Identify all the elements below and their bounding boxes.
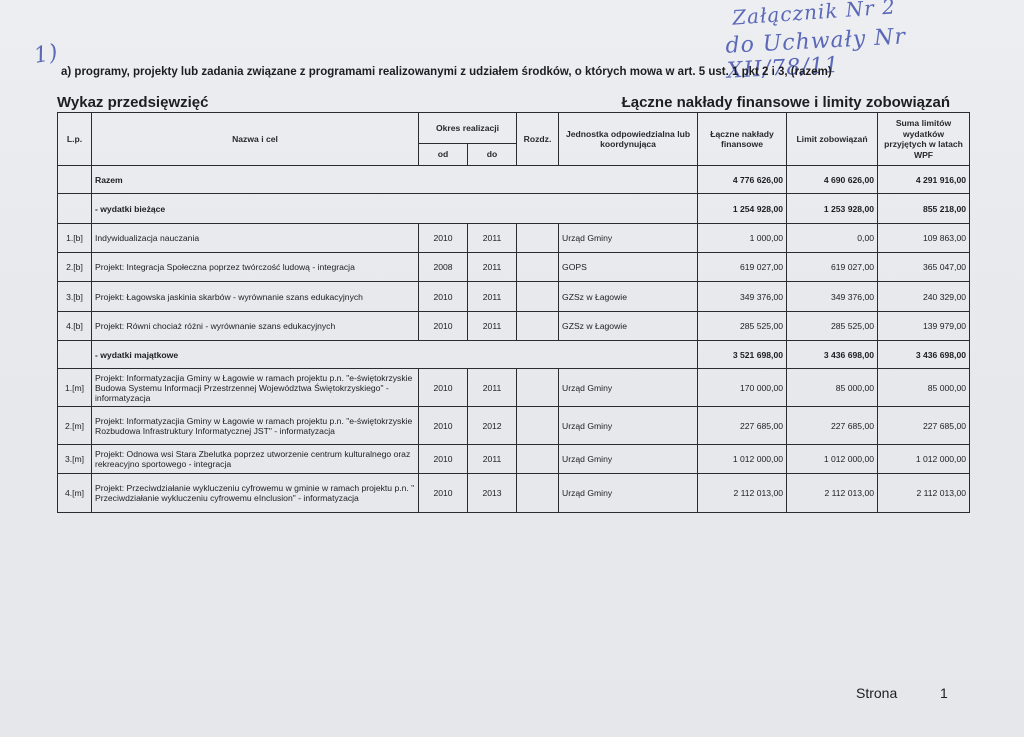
cell-lp: 3.[m] <box>58 445 92 474</box>
cell-unit: Urząd Gminy <box>559 445 698 474</box>
cell-limit: 227 685,00 <box>787 407 878 445</box>
cell-sum: 240 329,00 <box>878 282 970 312</box>
current-label: - wydatki bieżące <box>92 194 698 224</box>
cell-from: 2010 <box>419 407 468 445</box>
cell-lp: 4.[m] <box>58 474 92 513</box>
header-lp: L.p. <box>58 113 92 166</box>
cell-from: 2010 <box>419 312 468 341</box>
summary-lp <box>58 166 92 194</box>
cell-name: Projekt: Integracja Społeczna poprzez tw… <box>92 253 419 282</box>
table-row: 3.[m]Projekt: Odnowa wsi Stara Zbelutka … <box>58 445 970 474</box>
cell-total: 349 376,00 <box>698 282 787 312</box>
cell-section <box>517 224 559 253</box>
cell-to: 2011 <box>468 253 517 282</box>
cell-from: 2010 <box>419 445 468 474</box>
cell-from: 2010 <box>419 224 468 253</box>
header-to: do <box>468 144 517 166</box>
current-expenses-row: - wydatki bieżące 1 254 928,00 1 253 928… <box>58 194 970 224</box>
cell-total: 619 027,00 <box>698 253 787 282</box>
cell-unit: Urząd Gminy <box>559 369 698 407</box>
cell-from: 2010 <box>419 282 468 312</box>
cell-sum: 227 685,00 <box>878 407 970 445</box>
table-row: 3.[b]Projekt: Łagowska jaskinia skarbów … <box>58 282 970 312</box>
page-title-right: Łączne nakłady finansowe i limity zobowi… <box>622 94 950 111</box>
header-from: od <box>419 144 468 166</box>
cell-name: Projekt: Przeciwdziałanie wykluczeniu cy… <box>92 474 419 513</box>
cell-lp: 1.[b] <box>58 224 92 253</box>
header-period: Okres realizacji <box>419 113 517 144</box>
cell-limit: 0,00 <box>787 224 878 253</box>
capital-sum: 3 436 698,00 <box>878 341 970 369</box>
cell-to: 2011 <box>468 369 517 407</box>
header-total: Łączne nakłady finansowe <box>698 113 787 166</box>
cell-limit: 619 027,00 <box>787 253 878 282</box>
table-row: 4.[b]Projekt: Równi chociaż różni - wyró… <box>58 312 970 341</box>
cell-sum: 139 979,00 <box>878 312 970 341</box>
page-label: Strona <box>856 685 897 701</box>
cell-to: 2013 <box>468 474 517 513</box>
cell-section <box>517 445 559 474</box>
cell-lp: 4.[b] <box>58 312 92 341</box>
cell-lp: 1.[m] <box>58 369 92 407</box>
cell-lp: 2.[m] <box>58 407 92 445</box>
cell-name: Projekt: Informatyzacjia Gminy w Łagowie… <box>92 407 419 445</box>
cell-name: Projekt: Informatyzacjia Gminy w Łagowie… <box>92 369 419 407</box>
capital-label: - wydatki majątkowe <box>92 341 698 369</box>
cell-section <box>517 282 559 312</box>
cell-total: 1 000,00 <box>698 224 787 253</box>
header-unit: Jednostka odpowiedzialna lub koordynując… <box>559 113 698 166</box>
page-number: 1 <box>940 685 948 701</box>
cell-sum: 2 112 013,00 <box>878 474 970 513</box>
cell-total: 170 000,00 <box>698 369 787 407</box>
cell-sum: 1 012 000,00 <box>878 445 970 474</box>
header-limit: Limit zobowiązań <box>787 113 878 166</box>
cell-name: Projekt: Łagowska jaskinia skarbów - wyr… <box>92 282 419 312</box>
cell-unit: GOPS <box>559 253 698 282</box>
cell-to: 2011 <box>468 312 517 341</box>
table-row: 1.[m]Projekt: Informatyzacjia Gminy w Ła… <box>58 369 970 407</box>
header-section: Rozdz. <box>517 113 559 166</box>
summary-row: Razem 4 776 626,00 4 690 626,00 4 291 91… <box>58 166 970 194</box>
cell-total: 2 112 013,00 <box>698 474 787 513</box>
capital-lp <box>58 341 92 369</box>
header-sum: Suma limitów wydatków przyjętych w latac… <box>878 113 970 166</box>
cell-unit: Urząd Gminy <box>559 224 698 253</box>
cell-to: 2012 <box>468 407 517 445</box>
table-row: 2.[m]Projekt: Informatyzacjia Gminy w Ła… <box>58 407 970 445</box>
cell-to: 2011 <box>468 445 517 474</box>
cell-section <box>517 312 559 341</box>
table-row: 2.[b]Projekt: Integracja Społeczna poprz… <box>58 253 970 282</box>
cell-section <box>517 369 559 407</box>
cell-limit: 2 112 013,00 <box>787 474 878 513</box>
table-row: 4.[m]Projekt: Przeciwdziałanie wykluczen… <box>58 474 970 513</box>
handwritten-marker: 1) <box>32 40 61 69</box>
current-sum: 855 218,00 <box>878 194 970 224</box>
cell-to: 2011 <box>468 224 517 253</box>
cell-limit: 349 376,00 <box>787 282 878 312</box>
cell-unit: GZSz w Łagowie <box>559 282 698 312</box>
cell-limit: 1 012 000,00 <box>787 445 878 474</box>
cell-limit: 285 525,00 <box>787 312 878 341</box>
current-total: 1 254 928,00 <box>698 194 787 224</box>
cell-name: Indywidualizacja nauczania <box>92 224 419 253</box>
cell-section <box>517 474 559 513</box>
summary-label: Razem <box>92 166 698 194</box>
cell-from: 2010 <box>419 474 468 513</box>
cell-sum: 85 000,00 <box>878 369 970 407</box>
cell-total: 227 685,00 <box>698 407 787 445</box>
summary-limit: 4 690 626,00 <box>787 166 878 194</box>
table-row: 1.[b]Indywidualizacja nauczania20102011U… <box>58 224 970 253</box>
cell-section <box>517 253 559 282</box>
cell-name: Projekt: Równi chociaż różni - wyrównani… <box>92 312 419 341</box>
cell-unit: Urząd Gminy <box>559 474 698 513</box>
current-lp <box>58 194 92 224</box>
cell-lp: 3.[b] <box>58 282 92 312</box>
header-name: Nazwa i cel <box>92 113 419 166</box>
cell-unit: GZSz w Łagowie <box>559 312 698 341</box>
page-title: Wykaz przedsięwzięć <box>57 94 208 111</box>
cell-from: 2010 <box>419 369 468 407</box>
cell-from: 2008 <box>419 253 468 282</box>
cell-unit: Urząd Gminy <box>559 407 698 445</box>
cell-section <box>517 407 559 445</box>
capital-expenses-row: - wydatki majątkowe 3 521 698,00 3 436 6… <box>58 341 970 369</box>
cell-total: 1 012 000,00 <box>698 445 787 474</box>
cell-limit: 85 000,00 <box>787 369 878 407</box>
summary-total: 4 776 626,00 <box>698 166 787 194</box>
section-subtitle: a) programy, projekty lub zadania związa… <box>61 66 832 78</box>
cell-name: Projekt: Odnowa wsi Stara Zbelutka poprz… <box>92 445 419 474</box>
summary-sum: 4 291 916,00 <box>878 166 970 194</box>
capital-limit: 3 436 698,00 <box>787 341 878 369</box>
cell-sum: 365 047,00 <box>878 253 970 282</box>
cell-sum: 109 863,00 <box>878 224 970 253</box>
cell-to: 2011 <box>468 282 517 312</box>
cell-total: 285 525,00 <box>698 312 787 341</box>
cell-lp: 2.[b] <box>58 253 92 282</box>
current-limit: 1 253 928,00 <box>787 194 878 224</box>
projects-table: L.p. Nazwa i cel Okres realizacji Rozdz.… <box>57 112 970 513</box>
capital-total: 3 521 698,00 <box>698 341 787 369</box>
